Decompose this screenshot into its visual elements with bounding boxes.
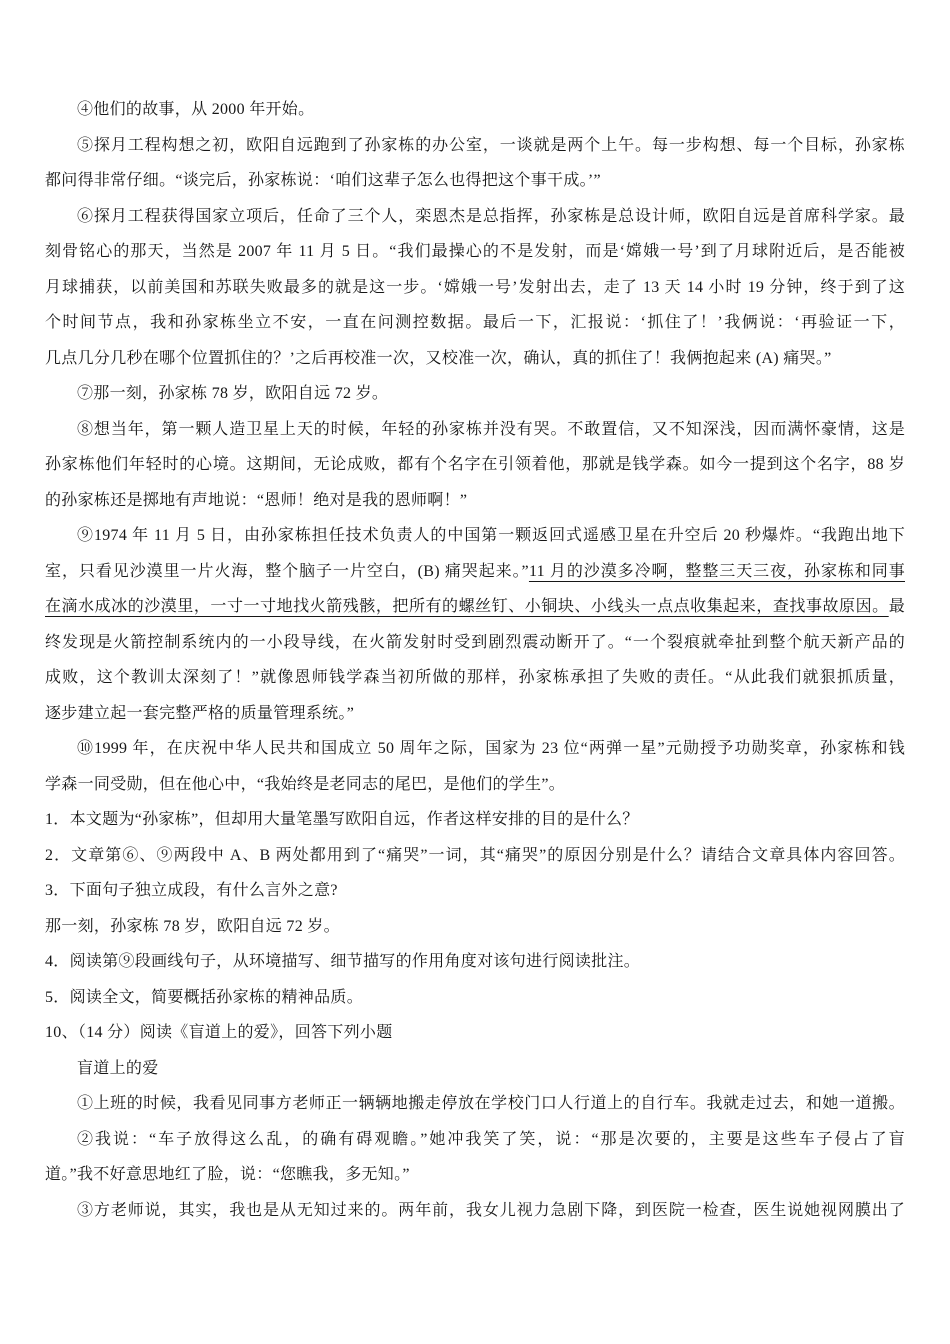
underlined-sentence: 11 月的沙漠多冷啊，整整三天三夜，孙家栋和同事 <box>529 563 905 580</box>
text-segment: 道。”我不好意思地红了脸，说：“您瞧我，多无知。” <box>45 1166 410 1183</box>
text-segment: ③方老师说，其实，我也是从无知过来的。两年前，我女儿视力急剧下降，到医院一检查，… <box>77 1202 905 1219</box>
text-segment: 终发现是火箭控制系统内的一小段导线，在火箭发射时受到剧烈震动断开了。“一个裂痕就… <box>45 634 905 651</box>
text-segment: ⑦那一刻，孙家栋 78 岁，欧阳自远 72 岁。 <box>77 385 388 402</box>
text-line: 月球捕获，以前美国和苏联失败最多的就是这一步。‘嫦娥一号’发射出去，走了 13 … <box>45 270 905 306</box>
text-line: ⑧想当年，第一颗人造卫星上天的时候，年轻的孙家栋并没有哭。不敢置信，又不知深浅，… <box>45 412 905 448</box>
text-segment: ⑧想当年，第一颗人造卫星上天的时候，年轻的孙家栋并没有哭。不敢置信，又不知深浅，… <box>77 421 905 438</box>
text-segment: 逐步建立起一套完整严格的质量管理系统。” <box>45 705 354 722</box>
text-segment: ⑥探月工程获得国家立项后，任命了三个人，栾恩杰是总指挥，孙家栋是总设计师，欧阳自… <box>77 208 905 225</box>
text-segment: ⑨1974 年 11 月 5 日，由孙家栋担任技术负责人的中国第一颗返回式遥感卫… <box>77 527 905 544</box>
text-line: 都问得非常仔细。“谈完后，孙家栋说：‘咱们这辈子怎么也得把这个事干成。’” <box>45 163 905 199</box>
text-segment: 5．阅读全文，简要概括孙家栋的精神品质。 <box>45 989 363 1006</box>
text-segment: ⑩1999 年，在庆祝中华人民共和国成立 50 周年之际，国家为 23 位“两弹… <box>77 740 905 757</box>
text-segment: 的孙家栋还是掷地有声地说：“恩师！绝对是我的恩师啊！” <box>45 492 467 509</box>
text-line: ⑦那一刻，孙家栋 78 岁，欧阳自远 72 岁。 <box>45 376 905 412</box>
text-segment: ①上班的时候，我看见同事方老师正一辆辆地搬走停放在学校门口人行道上的自行车。我就… <box>77 1095 905 1112</box>
underlined-sentence: 在滴水成冰的沙漠里，一寸一寸地找火箭残骸，把所有的螺丝钉、小铜块、小线头一点点收… <box>45 598 889 615</box>
question-line: 3．下面句子独立成段，有什么言外之意? <box>45 873 905 909</box>
text-segment: 盲道上的爱 <box>77 1060 159 1077</box>
text-line: 终发现是火箭控制系统内的一小段导线，在火箭发射时受到剧烈震动断开了。“一个裂痕就… <box>45 625 905 661</box>
text-segment: 都问得非常仔细。“谈完后，孙家栋说：‘咱们这辈子怎么也得把这个事干成。’” <box>45 172 601 189</box>
text-segment: 那一刻，孙家栋 78 岁，欧阳自远 72 岁。 <box>45 918 340 935</box>
text-line: ④他们的故事，从 2000 年开始。 <box>45 92 905 128</box>
exam-page: ④他们的故事，从 2000 年开始。⑤探月工程构想之初，欧阳自远跑到了孙家栋的办… <box>0 0 950 1344</box>
text-segment: ④他们的故事，从 2000 年开始。 <box>77 101 314 118</box>
text-segment: 月球捕获，以前美国和苏联失败最多的就是这一步。‘嫦娥一号’发射出去，走了 13 … <box>45 279 905 296</box>
text-segment: 室，只看见沙漠里一片火海，整个脑子一片空白，(B) 痛哭起来。” <box>45 563 529 580</box>
text-line: ①上班的时候，我看见同事方老师正一辆辆地搬走停放在学校门口人行道上的自行车。我就… <box>45 1086 905 1122</box>
text-line: 成败，这个教训太深刻了！”就像恩师钱学森当初所做的那样，孙家栋承担了失败的责任。… <box>45 660 905 696</box>
text-segment: 几点几分几秒在哪个位置抓住的？’之后再校准一次，又校准一次，确认，真的抓住了！我… <box>45 350 832 367</box>
text-segment: 最 <box>889 598 905 615</box>
text-line: ⑤探月工程构想之初，欧阳自远跑到了孙家栋的办公室，一谈就是两个上午。每一步构想、… <box>45 128 905 164</box>
question-line: 1．本文题为“孙家栋”，但却用大量笔墨写欧阳自远，作者这样安排的目的是什么？ <box>45 802 905 838</box>
text-line: 孙家栋他们年轻时的心境。这期间，无论成败，都有个名字在引领着他，那就是钱学森。如… <box>45 447 905 483</box>
text-segment: ⑤探月工程构想之初，欧阳自远跑到了孙家栋的办公室，一谈就是两个上午。每一步构想、… <box>77 137 905 154</box>
question-line: 10、（14 分）阅读《盲道上的爱》，回答下列小题 <box>45 1015 905 1051</box>
text-segment: 学森一同受勋，但在他心中，“我始终是老同志的尾巴，是他们的学生”。 <box>45 776 565 793</box>
text-line: 个时间节点，我和孙家栋坐立不安，一直在问测控数据。最后一下，汇报说：‘抓住了！’… <box>45 305 905 341</box>
question-line: 2．文章第⑥、⑨两段中 A、B 两处都用到了“痛哭”一词，其“痛哭”的原因分别是… <box>45 838 905 874</box>
text-segment: 4．阅读第⑨段画线句子，从环境描写、细节描写的作用角度对该句进行阅读批注。 <box>45 953 640 970</box>
text-segment: 个时间节点，我和孙家栋坐立不安，一直在问测控数据。最后一下，汇报说：‘抓住了！’… <box>45 314 905 331</box>
text-line: ⑩1999 年，在庆祝中华人民共和国成立 50 周年之际，国家为 23 位“两弹… <box>45 731 905 767</box>
text-line: ②我说：“车子放得这么乱，的确有碍观瞻。”她冲我笑了笑，说：“那是次要的，主要是… <box>45 1122 905 1158</box>
text-line: 道。”我不好意思地红了脸，说：“您瞧我，多无知。” <box>45 1157 905 1193</box>
question-line: 4．阅读第⑨段画线句子，从环境描写、细节描写的作用角度对该句进行阅读批注。 <box>45 944 905 980</box>
text-line: 学森一同受勋，但在他心中，“我始终是老同志的尾巴，是他们的学生”。 <box>45 767 905 803</box>
text-line: ③方老师说，其实，我也是从无知过来的。两年前，我女儿视力急剧下降，到医院一检查，… <box>45 1193 905 1229</box>
text-segment: 孙家栋他们年轻时的心境。这期间，无论成败，都有个名字在引领着他，那就是钱学森。如… <box>45 456 905 473</box>
document-body: ④他们的故事，从 2000 年开始。⑤探月工程构想之初，欧阳自远跑到了孙家栋的办… <box>45 92 905 1228</box>
text-segment: 1．本文题为“孙家栋”，但却用大量笔墨写欧阳自远，作者这样安排的目的是什么？ <box>45 811 639 828</box>
text-line: 室，只看见沙漠里一片火海，整个脑子一片空白，(B) 痛哭起来。”11 月的沙漠多… <box>45 554 905 590</box>
text-segment: 3．下面句子独立成段，有什么言外之意? <box>45 882 338 899</box>
text-segment: 成败，这个教训太深刻了！”就像恩师钱学森当初所做的那样，孙家栋承担了失败的责任。… <box>45 669 905 686</box>
text-segment: 刻骨铭心的那天，当然是 2007 年 11 月 5 日。“我们最操心的不是发射，… <box>45 243 905 260</box>
text-line: ⑨1974 年 11 月 5 日，由孙家栋担任技术负责人的中国第一颗返回式遥感卫… <box>45 518 905 554</box>
text-segment: ②我说：“车子放得这么乱，的确有碍观瞻。”她冲我笑了笑，说：“那是次要的，主要是… <box>77 1131 905 1148</box>
text-line: 几点几分几秒在哪个位置抓住的？’之后再校准一次，又校准一次，确认，真的抓住了！我… <box>45 341 905 377</box>
quoted-sentence-line: 那一刻，孙家栋 78 岁，欧阳自远 72 岁。 <box>45 909 905 945</box>
text-line: ⑥探月工程获得国家立项后，任命了三个人，栾恩杰是总指挥，孙家栋是总设计师，欧阳自… <box>45 199 905 235</box>
text-line: 刻骨铭心的那天，当然是 2007 年 11 月 5 日。“我们最操心的不是发射，… <box>45 234 905 270</box>
question-line: 5．阅读全文，简要概括孙家栋的精神品质。 <box>45 980 905 1016</box>
sub-passage-title: 盲道上的爱 <box>45 1051 905 1087</box>
text-segment: 2．文章第⑥、⑨两段中 A、B 两处都用到了“痛哭”一词，其“痛哭”的原因分别是… <box>45 847 905 864</box>
text-line: 在滴水成冰的沙漠里，一寸一寸地找火箭残骸，把所有的螺丝钉、小铜块、小线头一点点收… <box>45 589 905 625</box>
text-segment: 10、（14 分）阅读《盲道上的爱》，回答下列小题 <box>45 1024 393 1041</box>
text-line: 逐步建立起一套完整严格的质量管理系统。” <box>45 696 905 732</box>
text-line: 的孙家栋还是掷地有声地说：“恩师！绝对是我的恩师啊！” <box>45 483 905 519</box>
